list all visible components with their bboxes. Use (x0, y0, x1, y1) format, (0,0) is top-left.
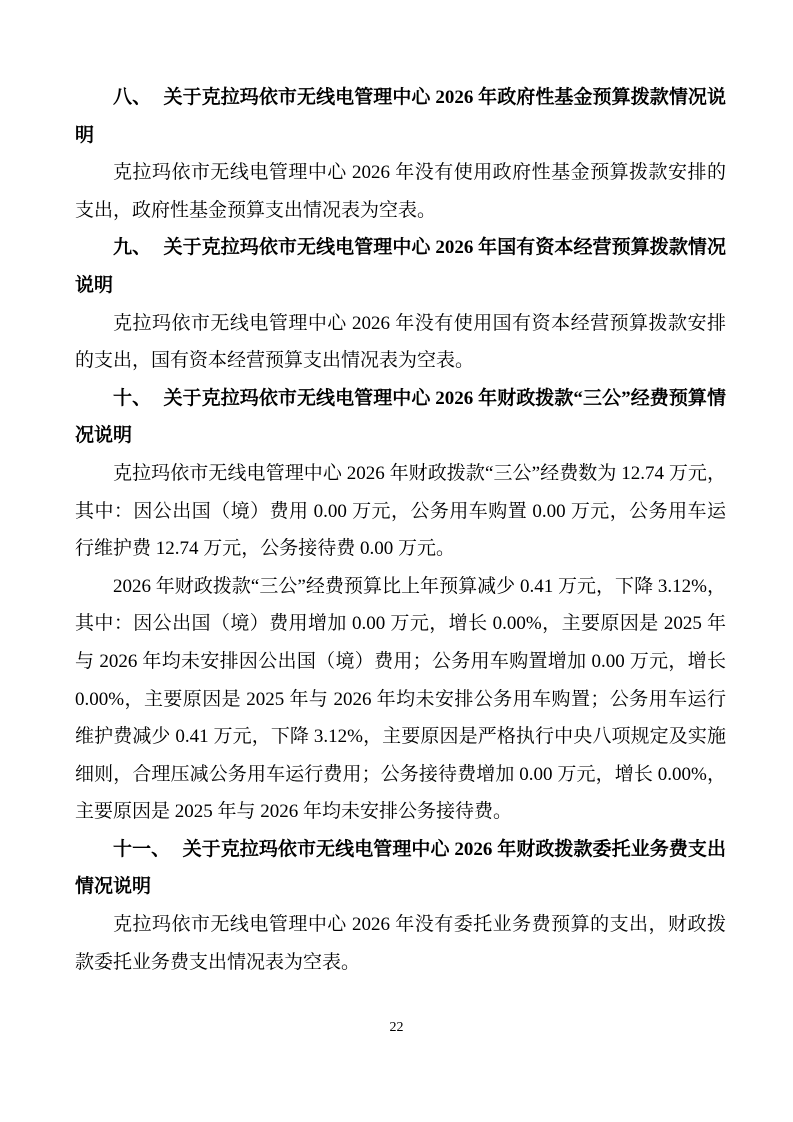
section-8-heading: 八、关于克拉玛依市无线电管理中心 2026 年政府性基金预算拨款情况说明 (75, 79, 726, 154)
section-11-paragraph-1: 克拉玛依市无线电管理中心 2026 年没有委托业务费预算的支出，财政拨款委托业务… (75, 906, 726, 981)
section-8-paragraph-1: 克拉玛依市无线电管理中心 2026 年没有使用政府性基金预算拨款安排的支出，政府… (75, 154, 726, 229)
section-11-title: 关于克拉玛依市无线电管理中心 2026 年财政拨款委托业务费支出情况说明 (75, 839, 726, 898)
section-11-number: 十一、 (113, 839, 170, 860)
section-9-heading: 九、关于克拉玛依市无线电管理中心 2026 年国有资本经营预算拨款情况说明 (75, 229, 726, 304)
section-9-title: 关于克拉玛依市无线电管理中心 2026 年国有资本经营预算拨款情况说明 (75, 237, 726, 296)
section-11-heading: 十一、关于克拉玛依市无线电管理中心 2026 年财政拨款委托业务费支出情况说明 (75, 831, 726, 906)
section-10-paragraph-2: 2026 年财政拨款“三公”经费预算比上年预算减少 0.41 万元，下降 3.1… (75, 568, 726, 831)
section-8-title: 关于克拉玛依市无线电管理中心 2026 年政府性基金预算拨款情况说明 (75, 87, 726, 146)
section-9-paragraph-1: 克拉玛依市无线电管理中心 2026 年没有使用国有资本经营预算拨款安排的支出，国… (75, 305, 726, 380)
section-8-number: 八、 (113, 87, 151, 108)
section-10-title: 关于克拉玛依市无线电管理中心 2026 年财政拨款“三公”经费预算情况说明 (75, 388, 726, 447)
document-page: 八、关于克拉玛依市无线电管理中心 2026 年政府性基金预算拨款情况说明 克拉玛… (0, 0, 793, 1122)
section-9-number: 九、 (113, 237, 151, 258)
section-10-heading: 十、关于克拉玛依市无线电管理中心 2026 年财政拨款“三公”经费预算情况说明 (75, 380, 726, 455)
section-10-paragraph-1: 克拉玛依市无线电管理中心 2026 年财政拨款“三公”经费数为 12.74 万元… (75, 455, 726, 568)
page-number: 22 (0, 1020, 793, 1036)
section-10-number: 十、 (113, 388, 151, 409)
document-body: 八、关于克拉玛依市无线电管理中心 2026 年政府性基金预算拨款情况说明 克拉玛… (75, 79, 726, 981)
